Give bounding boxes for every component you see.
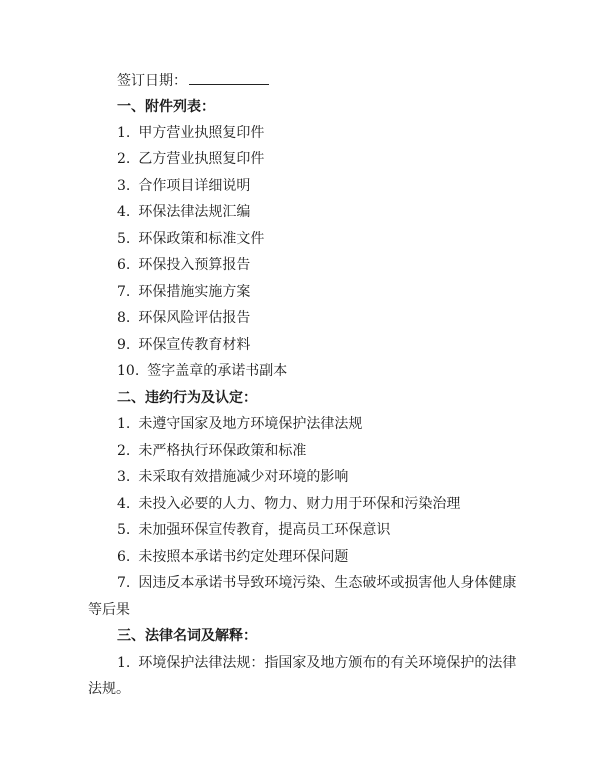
- item-text: 因违反本承诺书导致环境污染、生态破坏或损害他人身体健康: [138, 575, 516, 591]
- item-text: 环保措施实施方案: [138, 284, 250, 300]
- list-item: 3.未采取有效措施减少对环境的影响: [117, 468, 348, 486]
- list-item: 4.未投入必要的人力、物力、财力用于环保和污染治理: [117, 495, 460, 513]
- item-text: 环保风险评估报告: [138, 310, 250, 326]
- list-item: 7.因违反本承诺书导致环境污染、生态破坏或损害他人身体健康: [117, 574, 516, 592]
- item-text: 环保宣传教育材料: [138, 337, 250, 353]
- list-item: 5.未加强环保宣传教育，提高员工环保意识: [117, 521, 390, 539]
- item-number: 8.: [117, 309, 130, 327]
- item-number: 2.: [117, 150, 130, 168]
- item-number: 1.: [117, 124, 130, 142]
- list-item: 2.未严格执行环保政策和标准: [117, 442, 306, 460]
- item-text: 乙方营业执照复印件: [138, 151, 264, 167]
- item-number: 5.: [117, 230, 130, 248]
- section-title-violations: 二、违约行为及认定：: [117, 389, 257, 407]
- item-text: 合作项目详细说明: [138, 178, 250, 194]
- list-item: 2.乙方营业执照复印件: [117, 150, 264, 168]
- item-number: 6.: [117, 256, 130, 274]
- list-item: 1.未遵守国家及地方环境保护法律法规: [117, 415, 362, 433]
- list-item: 9.环保宣传教育材料: [117, 336, 250, 354]
- document-page: 签订日期： 一、附件列表： 1.甲方营业执照复印件 2.乙方营业执照复印件 3.…: [0, 0, 600, 776]
- list-item: 5.环保政策和标准文件: [117, 230, 264, 248]
- list-item: 1.甲方营业执照复印件: [117, 124, 264, 142]
- list-item: 3.合作项目详细说明: [117, 177, 250, 195]
- list-item-continuation: 等后果: [88, 601, 130, 619]
- item-number: 1.: [117, 654, 130, 672]
- item-text: 未加强环保宣传教育，提高员工环保意识: [138, 522, 390, 538]
- signing-date-label: 签订日期：: [117, 73, 187, 89]
- item-text: 环保投入预算报告: [138, 257, 250, 273]
- list-item: 7.环保措施实施方案: [117, 283, 250, 301]
- item-number: 10.: [117, 362, 139, 380]
- item-number: 4.: [117, 495, 130, 513]
- item-number: 4.: [117, 203, 130, 221]
- item-text: 未按照本承诺书约定处理环保问题: [138, 549, 348, 565]
- list-item: 10.签字盖章的承诺书副本: [117, 362, 287, 380]
- list-item: 8.环保风险评估报告: [117, 309, 250, 327]
- list-item: 1.环境保护法律法规：指国家及地方颁布的有关环境保护的法律: [117, 654, 516, 672]
- item-number: 7.: [117, 283, 130, 301]
- item-number: 3.: [117, 177, 130, 195]
- item-number: 9.: [117, 336, 130, 354]
- item-text: 未采取有效措施减少对环境的影响: [138, 469, 348, 485]
- item-text: 签字盖章的承诺书副本: [147, 363, 287, 379]
- item-text: 未投入必要的人力、物力、财力用于环保和污染治理: [138, 496, 460, 512]
- item-text: 环保政策和标准文件: [138, 231, 264, 247]
- list-item: 4.环保法律法规汇编: [117, 203, 250, 221]
- item-number: 1.: [117, 415, 130, 433]
- item-number: 3.: [117, 468, 130, 486]
- list-item-continuation: 法规。: [88, 680, 130, 698]
- signing-date-line: 签订日期：: [117, 72, 269, 90]
- item-number: 6.: [117, 548, 130, 566]
- item-number: 5.: [117, 521, 130, 539]
- item-text: 环境保护法律法规：指国家及地方颁布的有关环境保护的法律: [138, 655, 516, 671]
- signing-date-blank: [189, 72, 269, 85]
- item-text: 未遵守国家及地方环境保护法律法规: [138, 416, 362, 432]
- item-text: 未严格执行环保政策和标准: [138, 443, 306, 459]
- item-text: 环保法律法规汇编: [138, 204, 250, 220]
- section-title-legal-terms: 三、法律名词及解释：: [117, 627, 257, 645]
- item-number: 7.: [117, 574, 130, 592]
- section-title-attachments: 一、附件列表：: [117, 98, 215, 116]
- item-number: 2.: [117, 442, 130, 460]
- list-item: 6.环保投入预算报告: [117, 256, 250, 274]
- item-text: 甲方营业执照复印件: [138, 125, 264, 141]
- list-item: 6.未按照本承诺书约定处理环保问题: [117, 548, 348, 566]
